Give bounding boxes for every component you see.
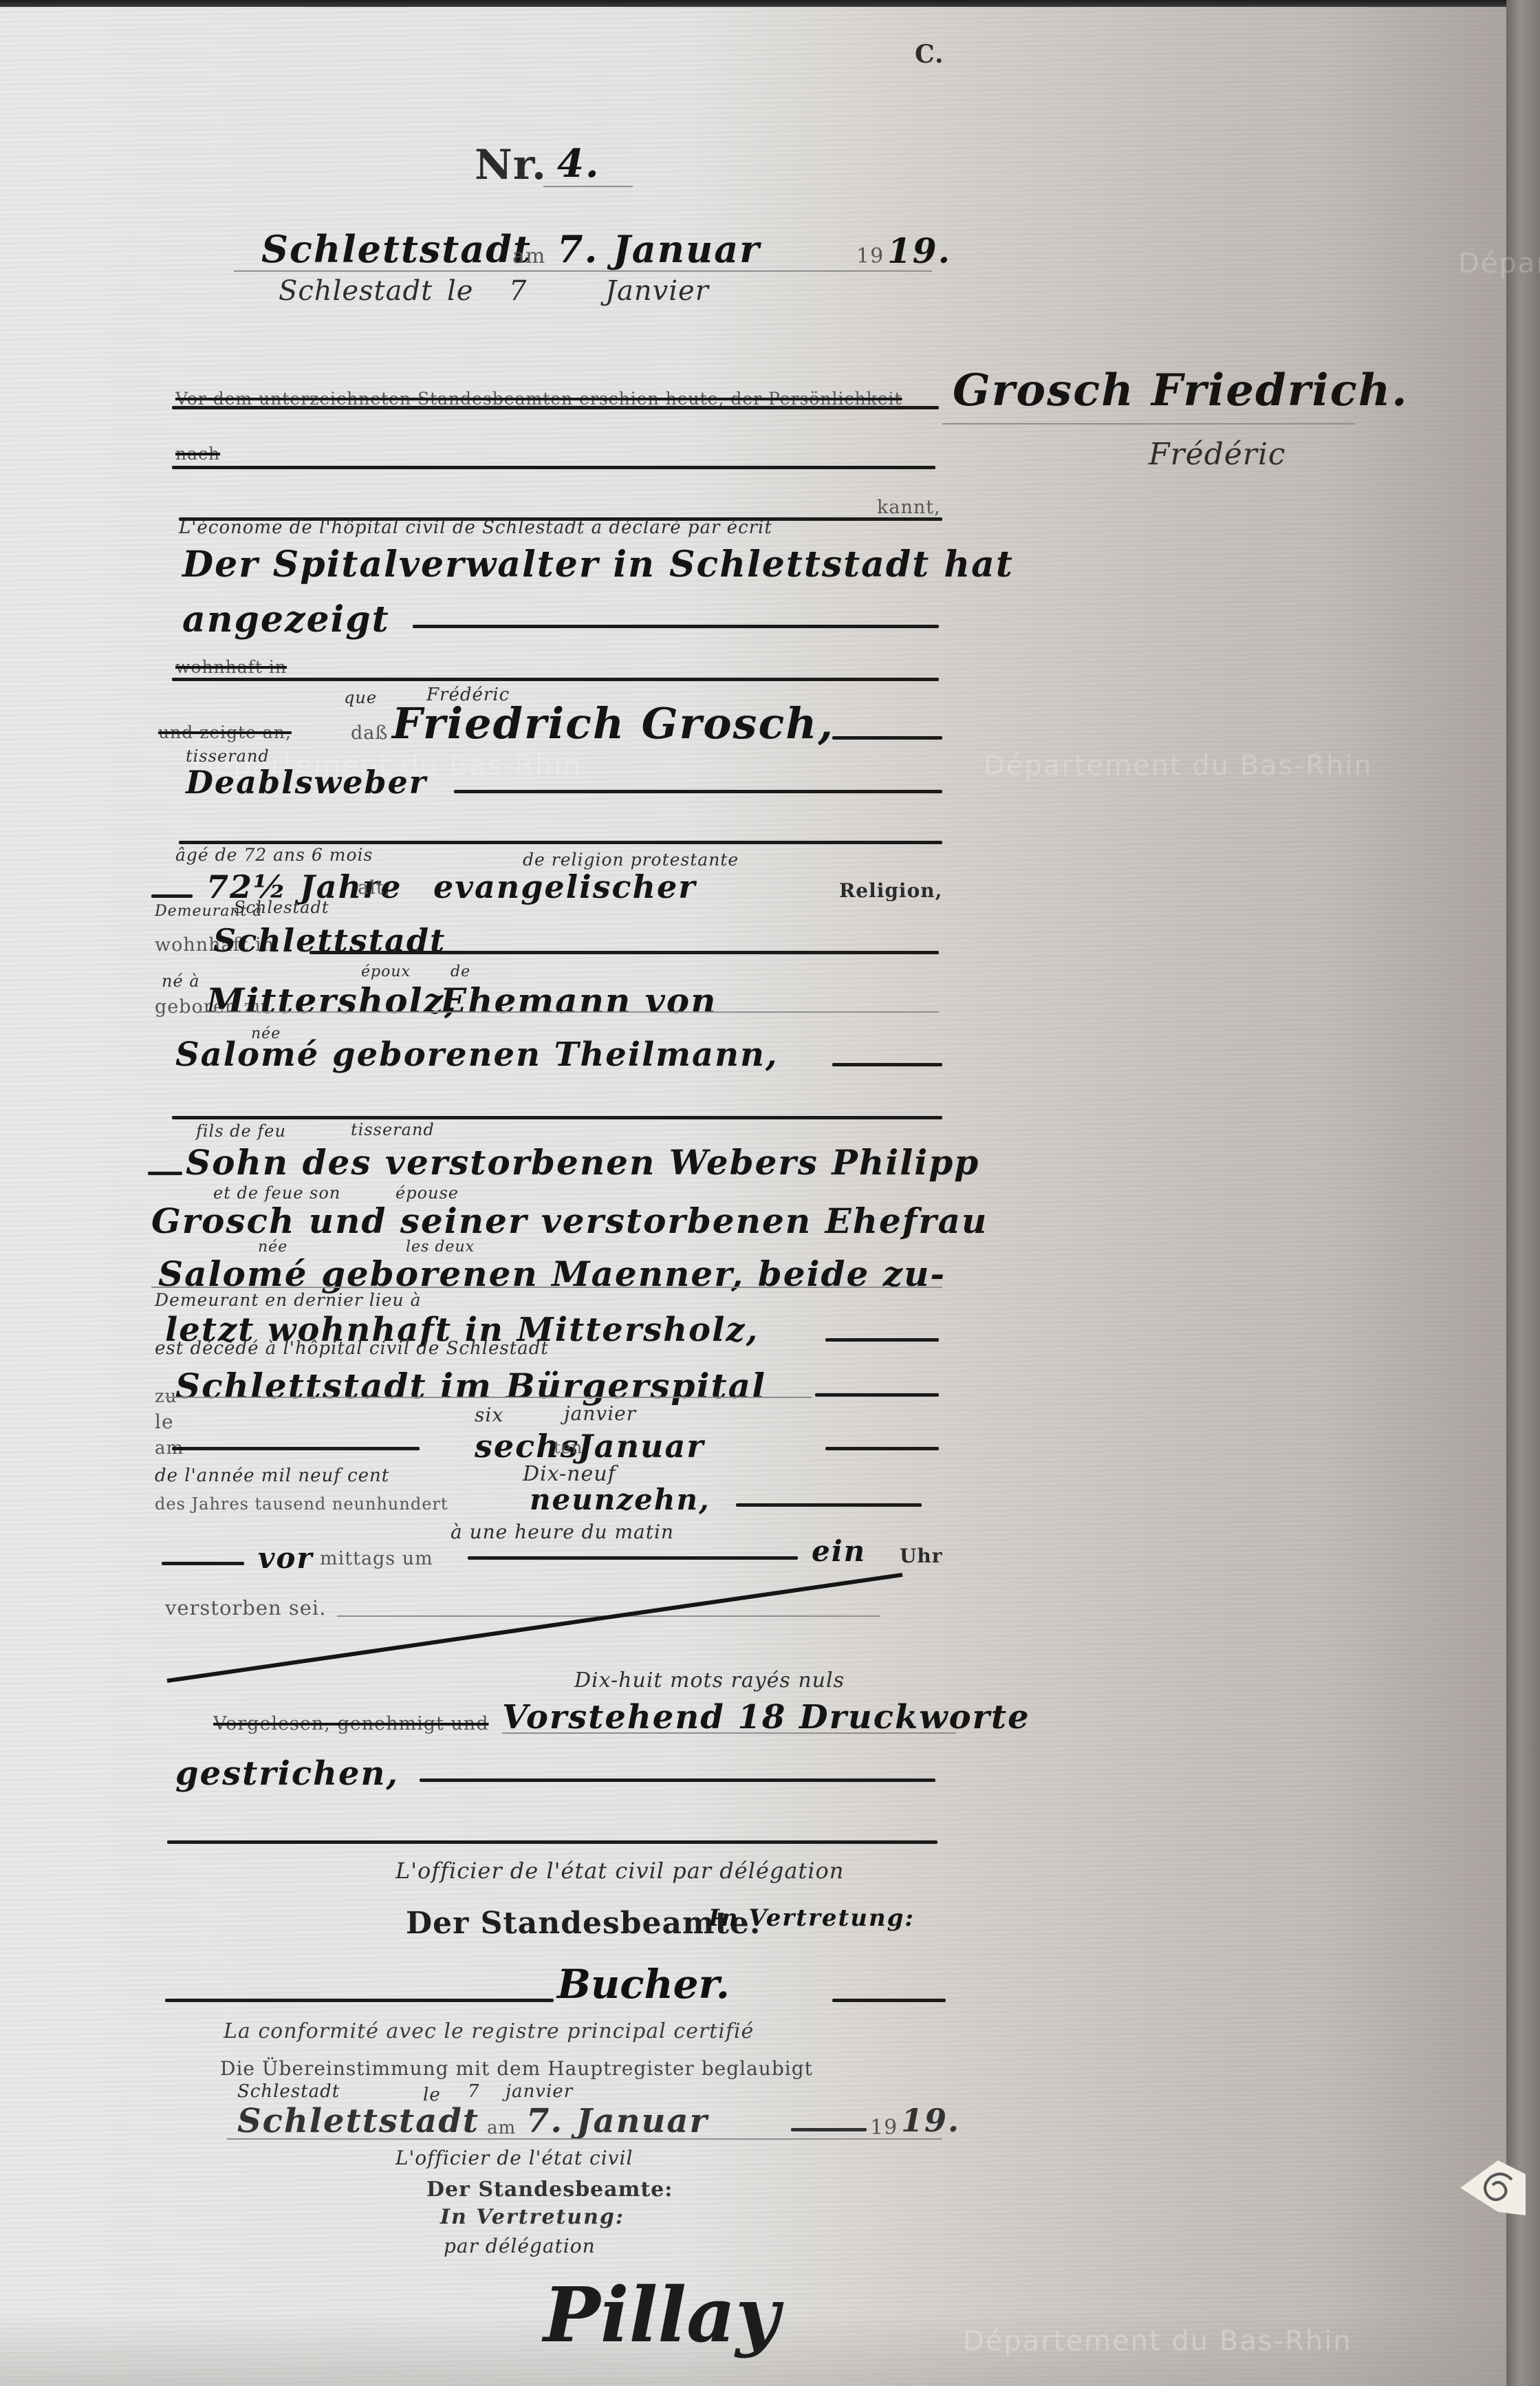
underline [151,1287,942,1288]
fr-header-month: Janvier [605,275,709,307]
fr-last-residence: Demeurant en dernier lieu à [155,1290,422,1310]
fr-header-le: le [447,275,473,307]
fr-cert-officer: L'officier de l'état civil [395,2147,633,2169]
rule [165,1999,554,2002]
fr-epouse: épouse [395,1183,459,1203]
rule [420,1778,935,1782]
fr-officer-title: L'officier de l'état civil par délégatio… [395,1858,844,1884]
fr-words-struck-note: Dix-huit mots rayés nuls [574,1668,845,1692]
rule [815,1393,939,1397]
cert-am-label: am [487,2118,516,2138]
kannt-label: kannt, [877,497,941,518]
underline [227,2138,942,2140]
underline [199,1011,939,1013]
officer-signature: Bucher. [557,1961,730,2008]
underline [502,1732,956,1734]
rule [148,1172,182,1175]
rule [791,2128,867,2131]
series-letter: C. [915,40,944,69]
record-number: 4. [557,141,600,186]
mittags-label: mittags um [320,1548,433,1569]
spouse-intro: Ehemann von [440,980,717,1021]
rule [179,841,942,844]
cert-deputy: In Vertretung: [440,2205,625,2229]
parents-line3: Salomé geborenen Maenner, beide zu- [158,1254,946,1294]
informant-line1: Der Spitalverwalter in Schlettstadt hat [182,544,1014,585]
fr-informant: L'économe de l'hôpital civil de Schlesta… [179,517,772,538]
year-label: des Jahres tausend neunhundert [155,1494,448,1514]
cert-place: Schlettstadt [237,2102,479,2140]
printed-closing-struck: Vorgelesen, genehmigt und [213,1713,488,1734]
fr-header-day: 7 [509,275,527,307]
page-shadow [1321,7,1506,2386]
fr-residence: Schlestadt [234,898,329,917]
rule [832,736,942,740]
rule [832,1999,946,2002]
cert-signature: Pillay [543,2270,779,2359]
fr-et: et de feue son [213,1183,340,1203]
le-label: le [155,1410,174,1433]
death-ampm: vor [258,1541,314,1575]
rule [832,1063,942,1066]
fr-year-label: de l'année mil neuf cent [155,1465,389,1486]
watermark: Département du Bas-Rhin [1458,248,1540,279]
officer-title: Der Standesbeamte. [406,1906,761,1941]
date-line [234,270,932,272]
cert-officer-title: Der Standesbeamte: [426,2178,673,2202]
underline [543,186,633,187]
fr-que: que [344,688,377,707]
rule [310,951,939,954]
spouse-name: Salomé geborenen Theilmann, [175,1035,779,1074]
death-month: Januar [578,1428,705,1465]
nach-label: nach [175,444,220,464]
dass-label: daß [351,722,388,744]
header-place: Schlettstadt [261,227,532,271]
fr-de: de [451,963,470,980]
underline [165,1397,812,1398]
rule [454,790,942,793]
death-place: Schlettstadt im Bürgerspital [175,1366,766,1406]
person-name: Grosch Friedrich. [953,365,1409,416]
rule [172,678,939,681]
rule [825,1447,939,1450]
parents-line2: Grosch und seiner verstorbenen Ehefrau [151,1201,988,1241]
alt-label: alt, [358,877,391,899]
parents-line1: Sohn des verstorbenen Webers Philipp [186,1142,979,1183]
uhr-label: Uhr [900,1545,943,1567]
und-zeigte-an-struck: und zeigte an, [158,722,292,742]
officer-deputy: In Vertretung: [708,1904,915,1932]
watermark: Département du Bas-Rhin [984,750,1373,782]
informant-line2: angezeigt [182,599,390,641]
rule [172,1116,942,1119]
header-century: 19 [856,244,884,268]
rule [172,406,939,409]
fr-death-time: à une heure du matin [451,1520,674,1543]
fr-death-month: janvier [564,1402,636,1425]
cert-date: 7. Januar [526,2102,708,2140]
deceased-occupation: Deablsweber [186,764,427,801]
fr-fils: fils de feu [196,1121,286,1141]
death-hour: ein [812,1534,866,1568]
wohnhaft-label-struck: wohnhaft in [175,657,287,677]
record-number-label: Nr. [475,141,547,189]
book-spine [1506,0,1540,2386]
religion-label: Religion, [839,879,942,902]
rule [151,894,193,898]
fr-tisserand: tisserand [351,1120,435,1139]
fr-death-day: six [475,1404,503,1426]
watermark: Département du Bas-Rhin [963,2325,1352,2357]
fr-religion: de religion protestante [523,850,739,870]
fr-cert-month: janvier [506,2081,573,2102]
fr-cert-day: 7 [468,2081,480,2102]
header-day-month: 7. Januar [557,227,761,271]
closing-line2: gestrichen, [175,1754,399,1793]
name-underline [942,423,1355,424]
fr-certification: La conformité avec le registre principal… [224,2019,754,2043]
rule [736,1503,922,1507]
verstorben-label: verstorben sei. [165,1596,326,1620]
closing-line1: Vorstehend 18 Druckworte [502,1698,1030,1737]
header-year: 19. [887,230,951,271]
spiral-eye-icon [1457,2153,1526,2229]
rule [413,625,939,628]
fr-cert-place: Schlestadt [237,2081,340,2102]
cert-year: 19. [901,2102,960,2139]
fr-age: âgé de 72 ans 6 mois [175,845,373,865]
rule [172,466,935,469]
deceased-religion: evangelischer [433,868,696,905]
cert-century: 19 [870,2116,898,2140]
rule [167,1840,937,1844]
page-tab-marker[interactable] [1457,2153,1526,2229]
fr-occupation: tisserand [186,746,270,766]
death-year: neunzehn, [530,1483,711,1516]
certification-line: Die Übereinstimmung mit dem Hauptregiste… [220,2057,813,2080]
fr-born-label: né à [162,971,200,991]
deceased-birthplace: Mittersholz, [206,980,457,1021]
rule [825,1338,939,1342]
person-name-fr: Frédéric [1149,437,1286,472]
rule [172,1447,420,1450]
fr-epoux: époux [361,963,411,980]
rule [162,1562,244,1565]
fr-death-place: est décédé à l'hôpital civil de Schlesta… [155,1338,549,1359]
fr-header-place: Schlestadt [279,275,433,307]
deceased-name: Friedrich Grosch, [392,698,834,749]
fr-cert-deputy: par délégation [444,2235,596,2257]
am-label: am [512,244,545,268]
rule [468,1556,798,1560]
